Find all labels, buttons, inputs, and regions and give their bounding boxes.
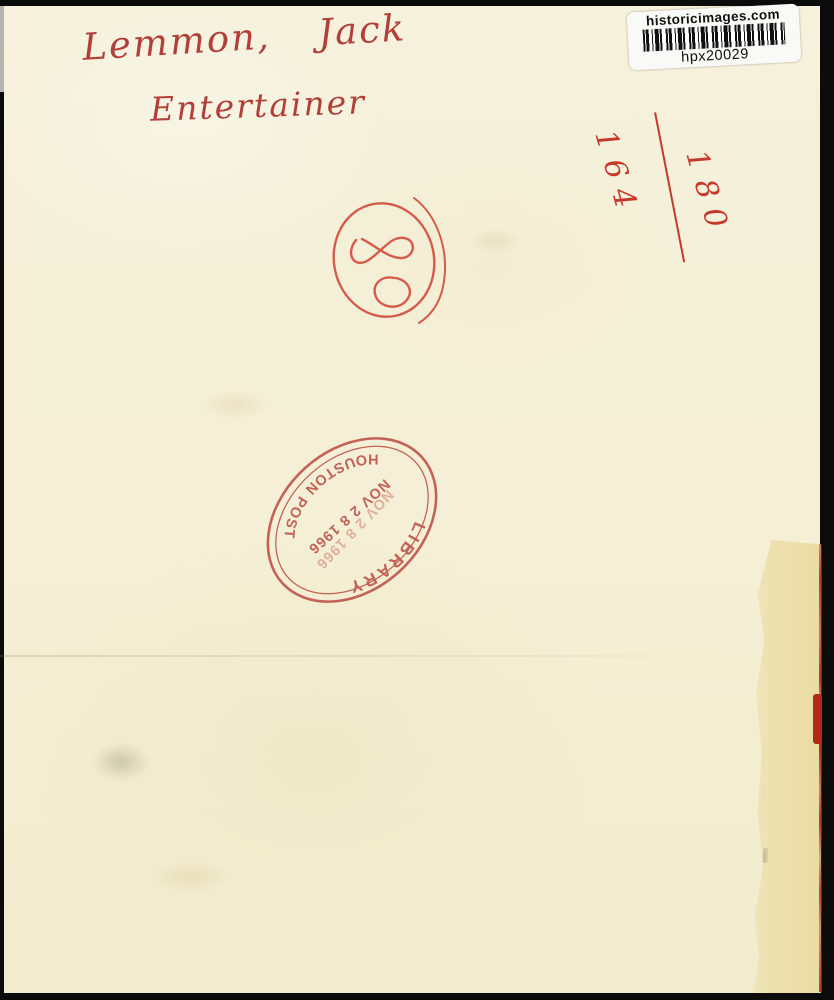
handwritten-role: Entertainer bbox=[149, 82, 366, 129]
smudge-mark bbox=[92, 742, 150, 782]
circled-number-80 bbox=[318, 192, 458, 332]
tape-strip bbox=[752, 540, 821, 993]
sticker-code-text: hpx20029 bbox=[681, 47, 749, 65]
library-date-stamp: LIBRARY HOUSTON POST NOV 2 8 1966 NOV 2 … bbox=[240, 408, 464, 632]
scan-verso: { "handwriting": { "name": "Lemmon, Jack… bbox=[0, 0, 834, 1000]
red-residue-blob bbox=[813, 694, 822, 744]
smudge-mark bbox=[200, 390, 270, 420]
crease-line bbox=[0, 655, 770, 657]
red-residue-line bbox=[819, 544, 822, 992]
smudge-mark bbox=[150, 860, 230, 894]
scan-edge-sliver bbox=[0, 6, 4, 92]
smudge-mark bbox=[470, 228, 520, 254]
barcode-sticker: historicimages.com hpx20029 bbox=[627, 4, 802, 71]
